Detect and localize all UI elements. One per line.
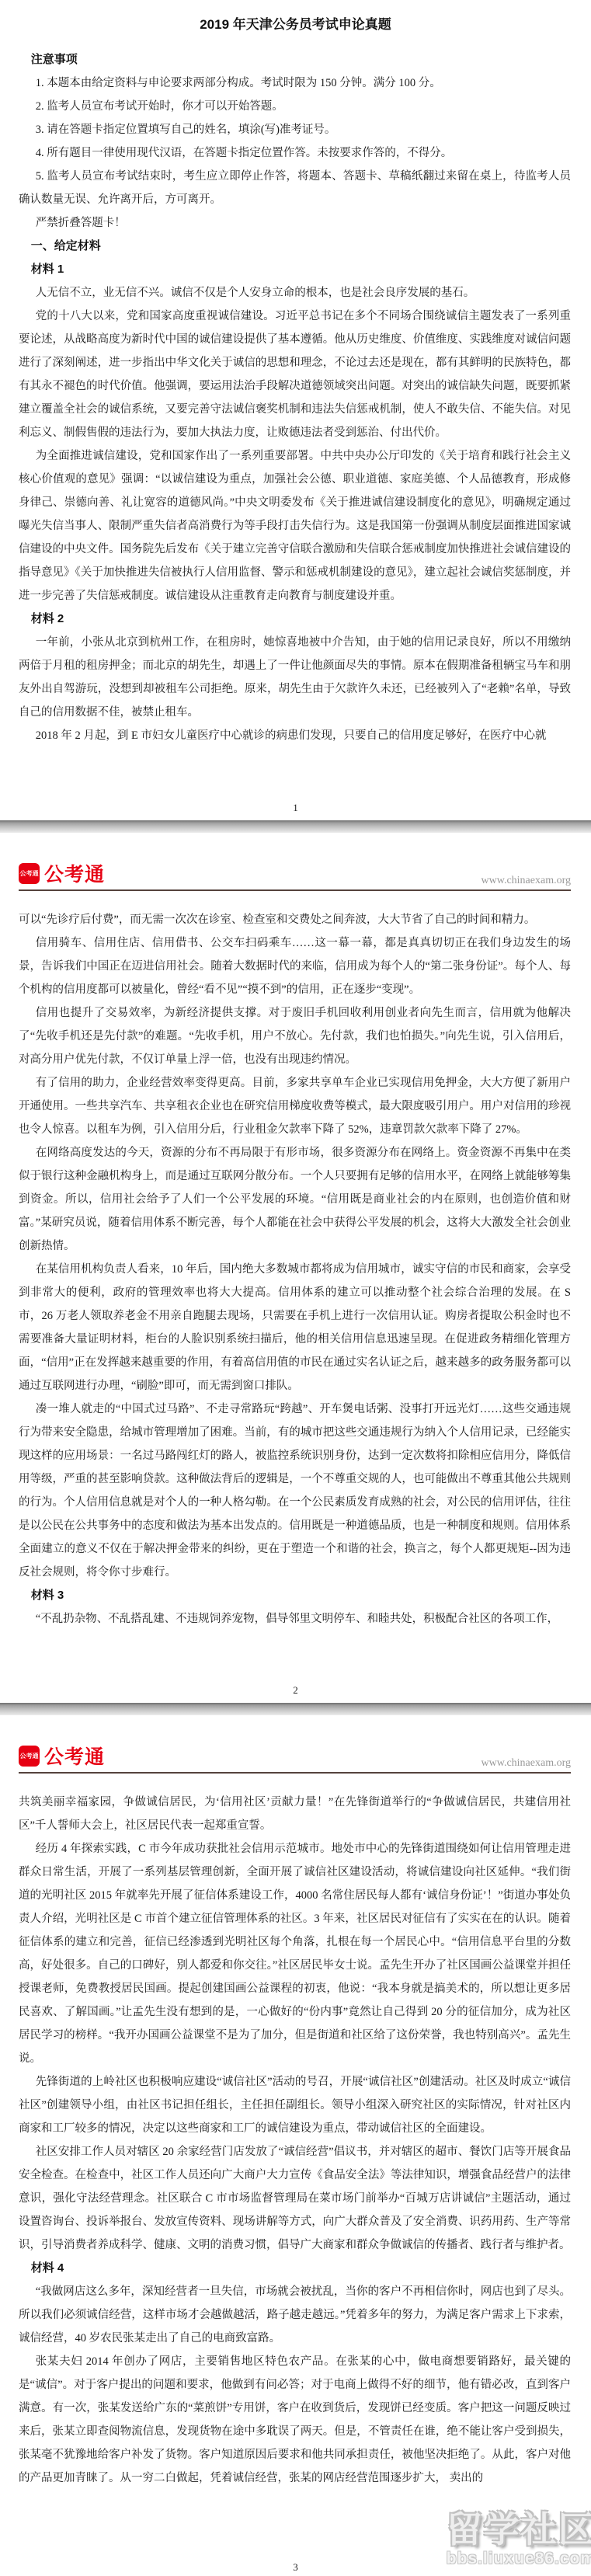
material-3-paragraph: 经历 4 年探索实践，C 市今年成功获批社会信用示范城市。地处市中心的先锋街道围… [19,1837,571,2070]
material-4-paragraph: “我做网店这么多年，深知经营者一旦失信，市场就会被扰乱，当你的客户不再相信你时，… [19,2280,571,2350]
material-1-paragraph: 党的十八大以来，党和国家高度重视诚信建设。习近平总书记在多个不同场合围绕诚信主题… [19,305,571,444]
material-2-heading: 材料 2 [19,607,571,631]
brand-logo-icon: 公考通 [19,863,40,884]
material-2-paragraph: 在某信用机构负责人看来，10 年后，国内绝大多数城市都将成为信用城市，诚实守信的… [19,1258,571,1398]
page-3: 公考通 公考通 www.chinaexam.org 共筑美丽幸福家园，争做诚信居… [0,1715,591,2576]
material-3-paragraph: “不乱扔杂物、不乱搭乱建、不违规饲养宠物，倡导邻里文明停车、和睦共处，积极配合社… [19,1607,571,1631]
material-3-paragraph: 先锋街道的上岭社区也积极响应建设“诚信社区”活动的号召，开展“诚信社区”创建活动… [19,2070,571,2140]
page-divider [0,1703,591,1715]
notice-item-5: 5. 监考人员宣布考试结束时，考生应立即停止作答，将题本、答题卡、草稿纸翻过来留… [19,165,571,211]
brand: 公考通 公考通 [19,859,105,887]
material-2-paragraph: 信用骑车、信用住店、信用借书、公交车扫码乘车……这一幕一幕，都是真真切切正在我们… [19,931,571,1001]
watermark: 留学社区 bbs.liuxue86.com [447,2501,591,2568]
warning-text: 严禁折叠答题卡！ [19,211,571,235]
material-2-paragraph: 一年前，小张从北京到杭州工作，在租房时，她惊喜地被中介告知，由于她的信用记录良好… [19,631,571,724]
page-2-body: 可以“先诊疗后付费”，而无需一次次在诊室、检查室和交费处之间奔波，大大节省了自己… [0,891,591,1631]
material-2-paragraph: 有了信用的助力，企业经营效率变得更高。目前，多家共享单车企业已实现信用免押金，大… [19,1071,571,1141]
page-2: 公考通 公考通 www.chinaexam.org 可以“先诊疗后付费”，而无需… [0,833,591,1703]
page-number: 3 [0,2561,591,2574]
brand-name: 公考通 [44,859,105,887]
material-3-paragraph: 社区安排工作人员对辖区 20 余家经营门店发放了“诚信经营”倡议书，并对辖区的超… [19,2140,571,2257]
brand-name: 公考通 [44,1742,105,1770]
material-1-heading: 材料 1 [19,258,571,281]
material-1-paragraph: 人无信不立，业无信不兴。诚信不仅是个人安身立命的根本，也是社会良序发展的基石。 [19,281,571,305]
page-divider [0,820,591,833]
section-heading-materials: 一、给定材料 [19,235,571,258]
notice-item-4: 4. 所有题目一律使用现代汉语，在答题卡指定位置作答。未按要求作答的，不得分。 [19,141,571,165]
exam-document: 2019 年天津公务员考试申论真题 注意事项 1. 本题本由给定资料与申论要求两… [0,0,591,2576]
material-4-paragraph: 张某夫妇 2014 年创办了网店，主要销售地区特色农产品。在张某的心中，做电商想… [19,2350,571,2490]
page-1: 2019 年天津公务员考试申论真题 注意事项 1. 本题本由给定资料与申论要求两… [0,0,591,820]
site-header: 公考通 公考通 www.chinaexam.org [0,833,591,887]
page-number: 2 [0,1684,591,1697]
doc-title: 2019 年天津公务员考试申论真题 [0,12,591,37]
material-1-paragraph: 为全面推进诚信建设，党和国家作出了一系列重要部署。中共中央办公厅印发的《关于培育… [19,444,571,607]
site-url: www.chinaexam.org [481,875,571,887]
notice-item-2: 2. 监考人员宣布考试开始时，你才可以开始答题。 [19,95,571,118]
material-2-paragraph: 2018 年 2 月起，到 E 市妇女儿童医疗中心就诊的病患们发现，只要自己的信… [19,724,571,747]
material-3-heading: 材料 3 [19,1584,571,1607]
site-header: 公考通 公考通 www.chinaexam.org [0,1715,591,1770]
material-4-heading: 材料 4 [19,2257,571,2280]
watermark-title: 留学社区 [447,2501,591,2553]
material-2-paragraph: 信用也提升了交易效率，为新经济提供支撑。对于废旧手机回收利用创业者向先生而言，信… [19,1001,571,1071]
notice-item-3: 3. 请在答题卡指定位置填写自己的姓名，填涂(写)准考证号。 [19,118,571,141]
page-3-body: 共筑美丽幸福家园，争做诚信居民，为‘信用社区’贡献力量！”在先锋街道举行的“争做… [0,1774,591,2490]
brand-logo-icon: 公考通 [19,1746,40,1767]
site-url: www.chinaexam.org [481,1757,571,1770]
page-1-body: 注意事项 1. 本题本由给定资料与申论要求两部分构成。考试时限为 150 分钟。… [0,45,591,747]
continued-paragraph: 共筑美丽幸福家园，争做诚信居民，为‘信用社区’贡献力量！”在先锋街道举行的“争做… [19,1791,571,1837]
notice-heading: 注意事项 [19,48,571,71]
page-number: 1 [0,802,591,814]
brand: 公考通 公考通 [19,1742,105,1770]
continued-paragraph: 可以“先诊疗后付费”，而无需一次次在诊室、检查室和交费处之间奔波，大大节省了自己… [19,908,571,931]
notice-item-1: 1. 本题本由给定资料与申论要求两部分构成。考试时限为 150 分钟。满分 10… [19,71,571,95]
material-2-paragraph: 凑一堆人就走的“中国式过马路”、不走寻常路玩“跨越”、开车煲电话粥、没事打开远光… [19,1398,571,1584]
material-2-paragraph: 在网络高度发达的今天，资源的分布不再局限于有形市场，很多资源分布在网络上。资金资… [19,1141,571,1258]
